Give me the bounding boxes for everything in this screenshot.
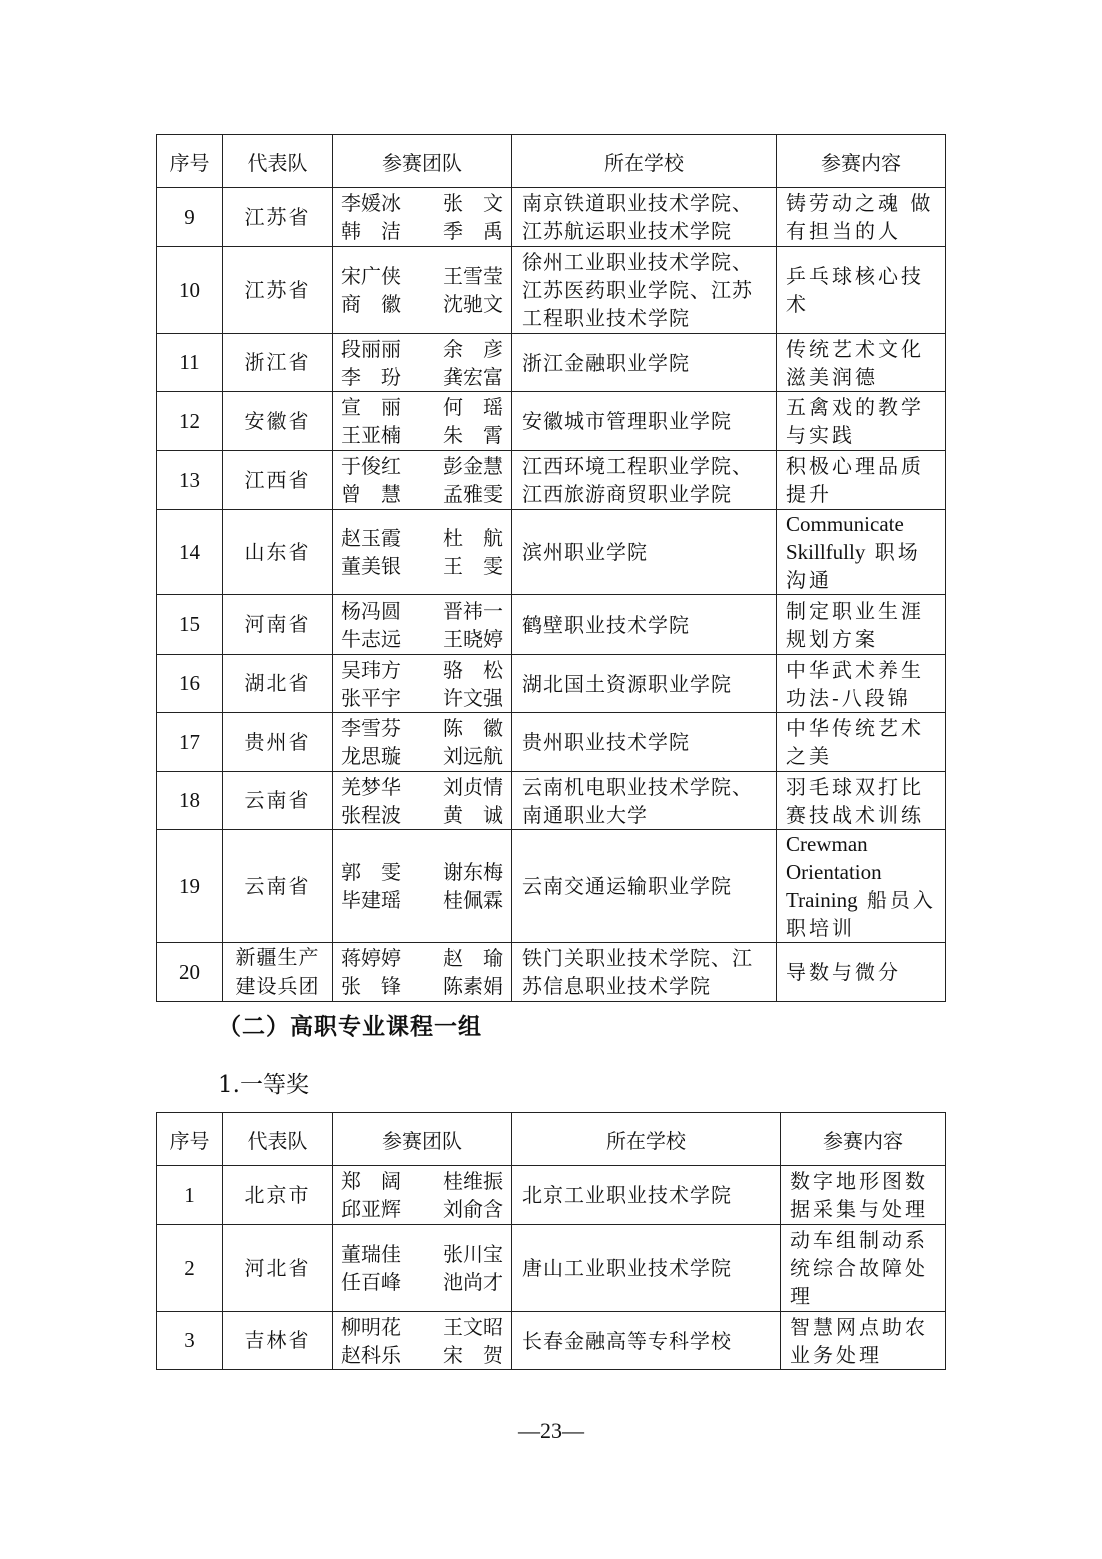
member-name: 郑 阔	[341, 1167, 401, 1195]
school-name: 湖北国土资源职业学院	[512, 655, 777, 713]
competition-content: 传统艺术文化滋美润德	[777, 334, 946, 392]
member-name: 谢东梅	[443, 858, 503, 886]
member-name: 柳明花	[341, 1313, 401, 1341]
row-index: 11	[157, 334, 223, 392]
school-name: 鹤壁职业技术学院	[512, 595, 777, 655]
member-name: 宣 丽	[341, 393, 401, 421]
member-name: 桂维振	[443, 1167, 503, 1195]
competition-content: 积极心理品质提升	[777, 451, 946, 510]
competition-content: 中华武术养生功法-八段锦	[777, 655, 946, 713]
member-name: 朱 霄	[443, 421, 503, 449]
row-index: 15	[157, 595, 223, 655]
content-title: 数字地形图数据采集与处理	[790, 1169, 928, 1221]
member-name: 蒋婷婷	[341, 944, 401, 972]
competition-content: Communicate Skillfully 职场沟通	[777, 510, 946, 595]
member-line: 李 玢龚宏富	[341, 363, 503, 391]
team-members: 吴玮方骆 松张平宇许文强	[333, 655, 512, 713]
table-row: 17贵州省李雪芬陈 徽龙思璇刘远航贵州职业技术学院中华传统艺术之美	[157, 713, 946, 772]
member-name: 段丽丽	[341, 335, 401, 363]
table-row: 10江苏省宋广侠王雪莹商 徽沈驰文徐州工业职业技术学院、江苏医药职业学院、江苏工…	[157, 247, 946, 334]
table-row: 1北京市郑 阔桂维振邱亚辉刘俞含北京工业职业技术学院数字地形图数据采集与处理	[157, 1166, 946, 1225]
table-row: 3吉林省柳明花王文昭赵科乐宋 贺长春金融高等专科学校智慧网点助农业务处理	[157, 1312, 946, 1370]
row-index: 2	[157, 1225, 223, 1312]
member-line: 段丽丽余 彦	[341, 335, 503, 363]
member-name: 王晓婷	[443, 625, 503, 653]
member-name: 杨冯圆	[341, 597, 401, 625]
delegation-name: 湖北省	[223, 655, 333, 713]
delegation-name: 浙江省	[223, 334, 333, 392]
school-name: 浙江金融职业学院	[512, 334, 777, 392]
member-name: 刘贞情	[443, 773, 503, 801]
competition-content: 导数与微分	[777, 943, 946, 1002]
delegation-name: 云南省	[223, 830, 333, 943]
member-name: 李雪芬	[341, 714, 401, 742]
member-name: 赵科乐	[341, 1341, 401, 1369]
school-name: 南京铁道职业技术学院、江苏航运职业技术学院	[512, 188, 777, 247]
header-school: 所在学校	[512, 135, 777, 188]
row-index: 13	[157, 451, 223, 510]
member-line: 羌梦华刘贞情	[341, 773, 503, 801]
member-name: 羌梦华	[341, 773, 401, 801]
delegation-name: 河南省	[223, 595, 333, 655]
table-row: 9江苏省李媛冰张 文韩 洁季 禹南京铁道职业技术学院、江苏航运职业技术学院铸劳动…	[157, 188, 946, 247]
member-name: 韩 洁	[341, 217, 401, 245]
table-row: 19云南省郭 雯谢东梅毕建瑶桂佩霖云南交通运输职业学院Crewman Orien…	[157, 830, 946, 943]
member-name: 许文强	[443, 684, 503, 712]
member-line: 杨冯圆晋祎一	[341, 597, 503, 625]
row-index: 9	[157, 188, 223, 247]
member-line: 赵玉霞杜 航	[341, 524, 503, 552]
delegation-name: 云南省	[223, 772, 333, 830]
member-line: 李雪芬陈 徽	[341, 714, 503, 742]
team-members: 郭 雯谢东梅毕建瑶桂佩霖	[333, 830, 512, 943]
member-line: 李媛冰张 文	[341, 189, 503, 217]
table-row: 12安徽省宣 丽何 瑶王亚楠朱 霄安徽城市管理职业学院五禽戏的教学与实践	[157, 392, 946, 451]
school-name: 贵州职业技术学院	[512, 713, 777, 772]
row-index: 12	[157, 392, 223, 451]
member-name: 杜 航	[443, 524, 503, 552]
competition-content: 动车组制动系统综合故障处理	[781, 1225, 946, 1312]
member-name: 赵 瑜	[443, 944, 503, 972]
delegation-name: 吉林省	[223, 1312, 333, 1370]
delegation-name: 贵州省	[223, 713, 333, 772]
member-name: 孟雅雯	[443, 480, 503, 508]
content-title: 乒乓球核心技术	[786, 264, 924, 316]
team-members: 柳明花王文昭赵科乐宋 贺	[333, 1312, 512, 1370]
competition-content: 智慧网点助农业务处理	[781, 1312, 946, 1370]
header-content: 参赛内容	[777, 135, 946, 188]
member-name: 任百峰	[341, 1268, 401, 1296]
content-title: 传统艺术文化滋美润德	[786, 337, 924, 389]
competition-content: 五禽戏的教学与实践	[777, 392, 946, 451]
delegation-name: 河北省	[223, 1225, 333, 1312]
header-team: 代表队	[223, 1113, 333, 1166]
member-name: 何 瑶	[443, 393, 503, 421]
member-name: 张平宇	[341, 684, 401, 712]
member-line: 邱亚辉刘俞含	[341, 1195, 503, 1223]
school-name: 徐州工业职业技术学院、江苏医药职业学院、江苏工程职业技术学院	[512, 247, 777, 334]
document-page: 序号 代表队 参赛团队 所在学校 参赛内容 9江苏省李媛冰张 文韩 洁季 禹南京…	[0, 0, 1102, 1559]
member-line: 郭 雯谢东梅	[341, 858, 503, 886]
header-index: 序号	[157, 135, 223, 188]
team-members: 蒋婷婷赵 瑜张 锋陈素娟	[333, 943, 512, 1002]
team-members: 宣 丽何 瑶王亚楠朱 霄	[333, 392, 512, 451]
delegation-name: 安徽省	[223, 392, 333, 451]
school-name: 铁门关职业技术学院、江苏信息职业技术学院	[512, 943, 777, 1002]
member-name: 董瑞佳	[341, 1240, 401, 1268]
section-heading: （二）高职专业课程一组	[218, 1008, 482, 1041]
member-name: 黄 诚	[443, 801, 503, 829]
delegation-name: 江苏省	[223, 247, 333, 334]
content-title: 动车组制动系统综合故障处理	[790, 1228, 928, 1308]
page-number: —23—	[0, 1418, 1102, 1444]
competition-content: Crewman Orientation Training 船员入职培训	[777, 830, 946, 943]
row-index: 1	[157, 1166, 223, 1225]
member-name: 董美银	[341, 552, 401, 580]
competition-content: 羽毛球双打比赛技战术训练	[777, 772, 946, 830]
header-members: 参赛团队	[333, 1113, 512, 1166]
member-name: 张程波	[341, 801, 401, 829]
table-row: 13江西省于俊红彭金慧曾 慧孟雅雯江西环境工程职业学院、江西旅游商贸职业学院积极…	[157, 451, 946, 510]
content-title: 积极心理品质提升	[786, 454, 924, 506]
row-index: 18	[157, 772, 223, 830]
member-name: 郭 雯	[341, 858, 401, 886]
member-name: 龙思璇	[341, 742, 401, 770]
member-line: 宋广侠王雪莹	[341, 262, 503, 290]
member-name: 池尚才	[443, 1268, 503, 1296]
content-title: 五禽戏的教学与实践	[786, 395, 924, 447]
header-team: 代表队	[223, 135, 333, 188]
table-row: 20新疆生产建设兵团蒋婷婷赵 瑜张 锋陈素娟铁门关职业技术学院、江苏信息职业技术…	[157, 943, 946, 1002]
header-school: 所在学校	[512, 1113, 781, 1166]
member-name: 邱亚辉	[341, 1195, 401, 1223]
table-header-row: 序号 代表队 参赛团队 所在学校 参赛内容	[157, 135, 946, 188]
member-line: 蒋婷婷赵 瑜	[341, 944, 503, 972]
member-name: 刘俞含	[443, 1195, 503, 1223]
member-line: 董美银王 雯	[341, 552, 503, 580]
member-name: 陈 徽	[443, 714, 503, 742]
header-members: 参赛团队	[333, 135, 512, 188]
member-name: 宋广侠	[341, 262, 401, 290]
school-name: 云南机电职业技术学院、南通职业大学	[512, 772, 777, 830]
school-name: 长春金融高等专科学校	[512, 1312, 781, 1370]
member-name: 吴玮方	[341, 656, 401, 684]
member-line: 赵科乐宋 贺	[341, 1341, 503, 1369]
member-name: 于俊红	[341, 452, 401, 480]
team-members: 羌梦华刘贞情张程波黄 诚	[333, 772, 512, 830]
member-name: 骆 松	[443, 656, 503, 684]
table-row: 11浙江省段丽丽余 彦李 玢龚宏富浙江金融职业学院传统艺术文化滋美润德	[157, 334, 946, 392]
content-title: 制定职业生涯规划方案	[786, 599, 924, 651]
member-name: 桂佩霖	[443, 886, 503, 914]
team-members: 宋广侠王雪莹商 徽沈驰文	[333, 247, 512, 334]
row-index: 3	[157, 1312, 223, 1370]
member-line: 王亚楠朱 霄	[341, 421, 503, 449]
member-name: 张川宝	[443, 1240, 503, 1268]
row-index: 19	[157, 830, 223, 943]
member-name: 余 彦	[443, 335, 503, 363]
member-line: 牛志远王晓婷	[341, 625, 503, 653]
member-name: 毕建瑶	[341, 886, 401, 914]
member-name: 王 雯	[443, 552, 503, 580]
content-title: 智慧网点助农业务处理	[790, 1315, 928, 1367]
member-line: 商 徽沈驰文	[341, 290, 503, 318]
competition-content: 中华传统艺术之美	[777, 713, 946, 772]
competition-content: 乒乓球核心技术	[777, 247, 946, 334]
delegation-name: 北京市	[223, 1166, 333, 1225]
awards-table-continued: 序号 代表队 参赛团队 所在学校 参赛内容 9江苏省李媛冰张 文韩 洁季 禹南京…	[156, 134, 946, 1002]
row-index: 17	[157, 713, 223, 772]
school-name: 江西环境工程职业学院、江西旅游商贸职业学院	[512, 451, 777, 510]
row-index: 20	[157, 943, 223, 1002]
member-name: 李媛冰	[341, 189, 401, 217]
content-title: 铸劳动之魂 做有担当的人	[786, 191, 933, 243]
header-index: 序号	[157, 1113, 223, 1166]
member-line: 柳明花王文昭	[341, 1313, 503, 1341]
member-name: 晋祎一	[443, 597, 503, 625]
member-line: 吴玮方骆 松	[341, 656, 503, 684]
member-name: 曾 慧	[341, 480, 401, 508]
award-level-heading: 1.一等奖	[218, 1066, 309, 1099]
school-name: 云南交通运输职业学院	[512, 830, 777, 943]
member-name: 商 徽	[341, 290, 401, 318]
member-line: 韩 洁季 禹	[341, 217, 503, 245]
team-members: 郑 阔桂维振邱亚辉刘俞含	[333, 1166, 512, 1225]
member-name: 陈素娟	[443, 972, 503, 1000]
member-line: 于俊红彭金慧	[341, 452, 503, 480]
table-row: 14山东省赵玉霞杜 航董美银王 雯滨州职业学院Communicate Skill…	[157, 510, 946, 595]
member-name: 牛志远	[341, 625, 401, 653]
member-line: 曾 慧孟雅雯	[341, 480, 503, 508]
header-content: 参赛内容	[781, 1113, 946, 1166]
table-row: 15河南省杨冯圆晋祎一牛志远王晓婷鹤壁职业技术学院制定职业生涯规划方案	[157, 595, 946, 655]
delegation-name: 江苏省	[223, 188, 333, 247]
competition-content: 铸劳动之魂 做有担当的人	[777, 188, 946, 247]
school-name: 滨州职业学院	[512, 510, 777, 595]
team-members: 董瑞佳张川宝任百峰池尚才	[333, 1225, 512, 1312]
member-name: 季 禹	[443, 217, 503, 245]
content-title: 羽毛球双打比赛技战术训练	[786, 775, 924, 827]
content-title: 导数与微分	[786, 960, 901, 984]
member-line: 毕建瑶桂佩霖	[341, 886, 503, 914]
competition-content: 数字地形图数据采集与处理	[781, 1166, 946, 1225]
member-line: 张 锋陈素娟	[341, 972, 503, 1000]
member-name: 刘远航	[443, 742, 503, 770]
first-prize-table: 序号 代表队 参赛团队 所在学校 参赛内容 1北京市郑 阔桂维振邱亚辉刘俞含北京…	[156, 1112, 946, 1370]
member-name: 李 玢	[341, 363, 401, 391]
team-members: 李雪芬陈 徽龙思璇刘远航	[333, 713, 512, 772]
table-header-row: 序号 代表队 参赛团队 所在学校 参赛内容	[157, 1113, 946, 1166]
member-line: 龙思璇刘远航	[341, 742, 503, 770]
team-members: 杨冯圆晋祎一牛志远王晓婷	[333, 595, 512, 655]
table-row: 18云南省羌梦华刘贞情张程波黄 诚云南机电职业技术学院、南通职业大学羽毛球双打比…	[157, 772, 946, 830]
row-index: 10	[157, 247, 223, 334]
row-index: 14	[157, 510, 223, 595]
member-line: 董瑞佳张川宝	[341, 1240, 503, 1268]
member-line: 任百峰池尚才	[341, 1268, 503, 1296]
school-name: 北京工业职业技术学院	[512, 1166, 781, 1225]
member-line: 张程波黄 诚	[341, 801, 503, 829]
member-name: 张 文	[443, 189, 503, 217]
member-name: 王亚楠	[341, 421, 401, 449]
delegation-name: 江西省	[223, 451, 333, 510]
row-index: 16	[157, 655, 223, 713]
team-members: 段丽丽余 彦李 玢龚宏富	[333, 334, 512, 392]
member-name: 龚宏富	[443, 363, 503, 391]
school-name: 安徽城市管理职业学院	[512, 392, 777, 451]
delegation-name: 山东省	[223, 510, 333, 595]
competition-content: 制定职业生涯规划方案	[777, 595, 946, 655]
table-row: 16湖北省吴玮方骆 松张平宇许文强湖北国土资源职业学院中华武术养生功法-八段锦	[157, 655, 946, 713]
content-title: 中华武术养生功法-八段锦	[786, 658, 924, 710]
school-name: 唐山工业职业技术学院	[512, 1225, 781, 1312]
member-name: 沈驰文	[443, 290, 503, 318]
team-members: 于俊红彭金慧曾 慧孟雅雯	[333, 451, 512, 510]
member-name: 赵玉霞	[341, 524, 401, 552]
team-members: 李媛冰张 文韩 洁季 禹	[333, 188, 512, 247]
team-members: 赵玉霞杜 航董美银王 雯	[333, 510, 512, 595]
member-name: 王文昭	[443, 1313, 503, 1341]
member-line: 宣 丽何 瑶	[341, 393, 503, 421]
member-name: 王雪莹	[443, 262, 503, 290]
member-name: 张 锋	[341, 972, 401, 1000]
delegation-name: 新疆生产建设兵团	[223, 943, 333, 1002]
member-line: 张平宇许文强	[341, 684, 503, 712]
content-title: 中华传统艺术之美	[786, 716, 924, 768]
member-name: 彭金慧	[443, 452, 503, 480]
member-line: 郑 阔桂维振	[341, 1167, 503, 1195]
table-row: 2河北省董瑞佳张川宝任百峰池尚才唐山工业职业技术学院动车组制动系统综合故障处理	[157, 1225, 946, 1312]
member-name: 宋 贺	[443, 1341, 503, 1369]
